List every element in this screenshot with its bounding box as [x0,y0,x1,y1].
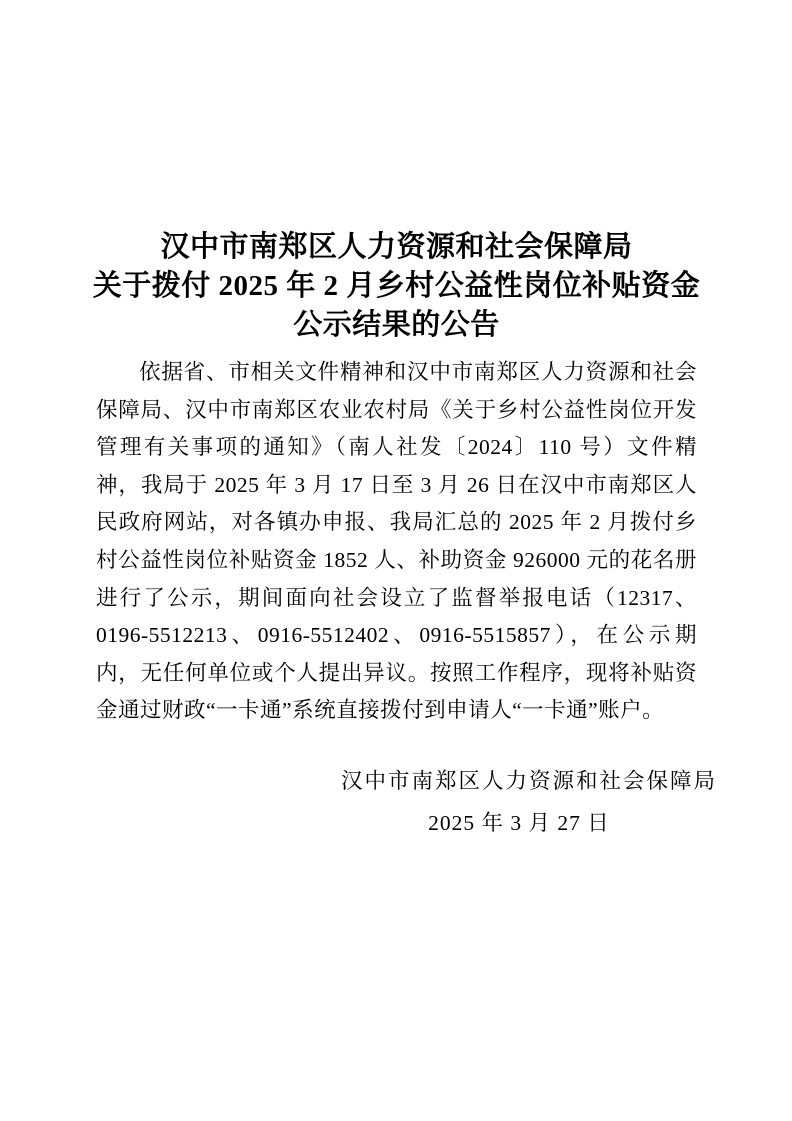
document-title-line-1: 汉中市南郑区人力资源和社会保障局 [84,228,709,267]
document-title-line-3: 公示结果的公告 [84,306,709,345]
document-body-paragraph: 依据省、市相关文件精神和汉中市南郑区人力资源和社会保障局、汉中市南郑区农业农村局… [96,354,697,730]
document-content: 汉中市南郑区人力资源和社会保障局 关于拨付 2025 年 2 月乡村公益性岗位补… [96,228,697,838]
document-title-line-2: 关于拨付 2025 年 2 月乡村公益性岗位补贴资金 [84,267,709,306]
signature-date: 2025 年 3 月 27 日 [341,808,697,838]
signature-issuer: 汉中市南郑区人力资源和社会保障局 [341,766,697,796]
document-title: 汉中市南郑区人力资源和社会保障局 关于拨付 2025 年 2 月乡村公益性岗位补… [84,228,709,345]
signature-block: 汉中市南郑区人力资源和社会保障局 2025 年 3 月 27 日 [341,766,697,838]
document-page: 汉中市南郑区人力资源和社会保障局 关于拨付 2025 年 2 月乡村公益性岗位补… [0,0,792,1121]
